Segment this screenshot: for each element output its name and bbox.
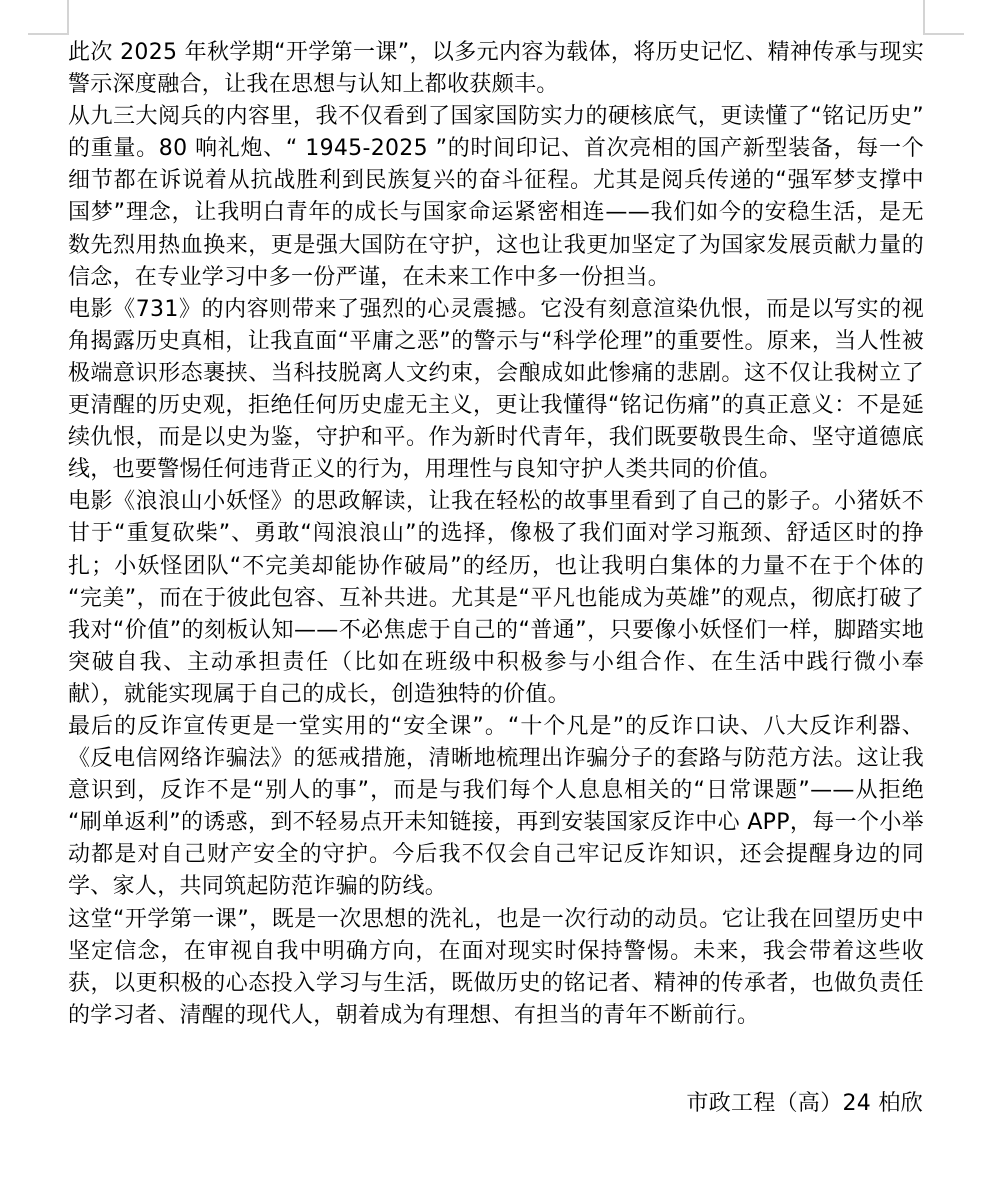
essay-paragraph-conclusion: 这堂“开学第一课”，既是一次思想的洗礼，也是一次行动的动员。它让我在回望历史中坚… [68, 904, 924, 1032]
text-boundary-mark-top-right-vertical [923, 0, 925, 35]
document-page: { "document": { "colors": { "page_backgr… [0, 0, 996, 1178]
text-boundary-mark-top-left-vertical [67, 0, 69, 35]
text-boundary-mark-top-left-horizontal [28, 33, 69, 35]
essay-paragraph-anti-fraud: 最后的反诈宣传更是一堂实用的“安全课”。“十个凡是”的反诈口诀、八大反诈利器、《… [68, 711, 924, 904]
essay-paragraph-film-731: 电影《731》的内容则带来了强烈的心灵震撼。它没有刻意渲染仇恨，而是以写实的视角… [68, 294, 924, 487]
text-boundary-mark-top-right-horizontal [923, 33, 964, 35]
essay-paragraph-intro: 此次 2025 年秋学期“开学第一课”，以多元内容为载体，将历史记忆、精神传承与… [68, 37, 924, 101]
essay-paragraph-film-langlangshan: 电影《浪浪山小妖怪》的思政解读，让我在轻松的故事里看到了自己的影子。小猪妖不甘于… [68, 486, 924, 711]
essay-paragraph-parade: 从九三大阅兵的内容里，我不仅看到了国家国防实力的硬核底气，更读懂了“铭记历史”的… [68, 101, 924, 294]
signature-line: 市政工程（高）24 柏欣 [67, 1088, 923, 1120]
essay-body: 此次 2025 年秋学期“开学第一课”，以多元内容为载体，将历史记忆、精神传承与… [68, 37, 924, 1032]
